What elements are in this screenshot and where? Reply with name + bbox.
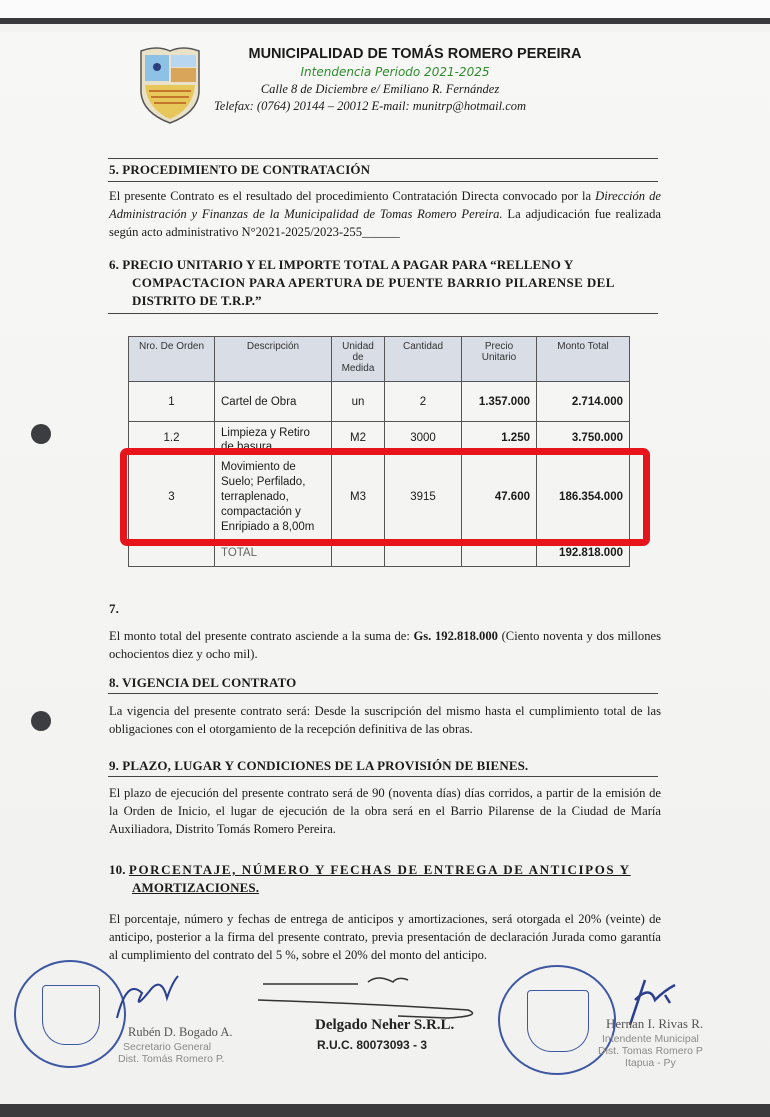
red-highlight-box [120,448,650,546]
section-5-text: El presente Contrato es el resultado del… [109,187,661,241]
punch-hole [31,424,51,444]
contractor-signature [258,970,483,1020]
divider [108,181,658,182]
cell-descripcion: Cartel de Obra [215,382,332,422]
cell-cantidad: 2 [385,382,462,422]
divider [108,313,658,314]
municipality-title: MUNICIPALIDAD DE TOMÁS ROMERO PEREIRA [210,46,620,62]
col-monto: Monto Total [537,337,630,382]
previous-page-edge [0,0,770,24]
contractor-name: Delgado Neher S.R.L. [315,1017,454,1034]
section-8-heading: 8. VIGENCIA DEL CONTRATO [109,675,296,691]
cell-orden: 1 [129,382,215,422]
contact-info: Telefax: (0764) 20144 – 20012 E-mail: mu… [150,99,590,114]
right-signatory-name: Hernan I. Rivas R. [606,1016,703,1032]
section-9-text: El plazo de ejecución del presente contr… [109,784,661,838]
page-bottom-edge [0,1104,770,1117]
cell-unidad: un [332,382,385,422]
cell-precio: 1.357.000 [462,382,537,422]
section-9-heading: 9. PLAZO, LUGAR Y CONDICIONES DE LA PROV… [109,758,528,774]
left-signatory-name: Rubén D. Bogado A. [128,1025,233,1040]
left-signatory-role: Secretario GeneralDist. Tomás Romero P. [118,1041,224,1065]
col-descripcion: Descripción [215,337,332,382]
contractor-ruc: R.U.C. 80073093 - 3 [317,1038,427,1052]
cell-monto: 2.714.000 [537,382,630,422]
section-10-heading: 10. PORCENTAJE, NÚMERO Y FECHAS DE ENTRE… [109,861,661,897]
table-header-row: Nro. De Orden Descripción Unidad de Medi… [129,337,630,382]
divider [108,158,658,159]
administration-period: Intendencia Periodo 2021-2025 [190,65,600,79]
col-orden: Nro. De Orden [129,337,215,382]
divider [108,693,658,694]
table-row: 1 Cartel de Obra un 2 1.357.000 2.714.00… [129,382,630,422]
section-10-text: El porcentaje, número y fechas de entreg… [109,910,661,964]
section-8-text: La vigencia del presente contrato será: … [109,702,661,738]
section-7-heading: 7. [109,601,119,617]
right-signatory-role: Intendente MunicipalDist. Tomas Romero P… [598,1033,703,1069]
col-precio: Precio Unitario [462,337,537,382]
section-7-text: El monto total del presente contrato asc… [109,627,661,663]
secretaria-stamp [14,960,126,1068]
section-6-heading: 6. PRECIO UNITARIO Y EL IMPORTE TOTAL A … [109,256,659,310]
signature-scribble [112,968,182,1028]
col-unidad: Unidad de Medida [332,337,385,382]
divider [108,776,658,777]
section-5-heading: 5. PROCEDIMIENTO DE CONTRATACIÓN [109,162,370,178]
col-cantidad: Cantidad [385,337,462,382]
punch-hole [31,711,51,731]
address: Calle 8 de Diciembre e/ Emiliano R. Fern… [175,82,585,97]
